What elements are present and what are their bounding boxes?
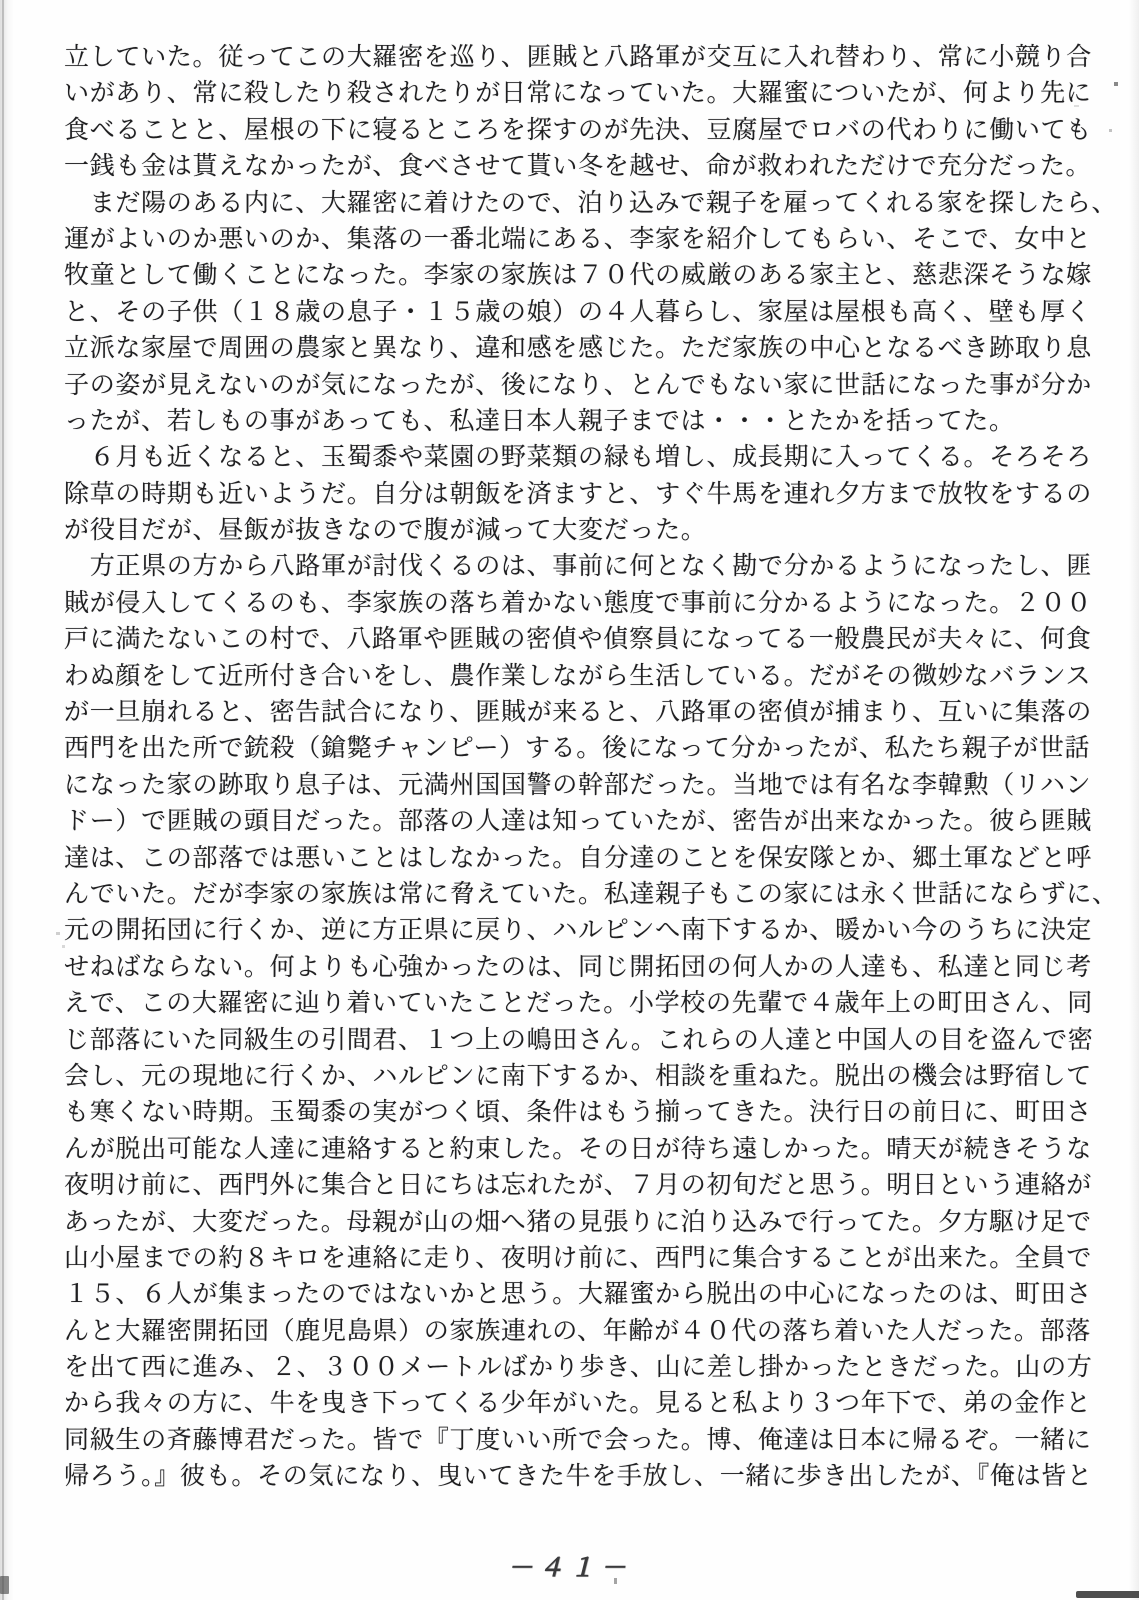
text-line: 賊が侵入してくるのも、李家族の落ち着かない態度で事前に分かるようになった。２００ [64,586,1094,622]
scanned-document-page: 立していた。従ってこの大羅密を巡り、匪賊と八路軍が交互に入れ替わり、常に小競り合… [0,0,1139,1600]
text-line: 運がよいのか悪いのか、集落の一番北端にある、李家を紹介してもらい、そこで、女中と [64,222,1094,258]
text-line: 達は、この部落では悪いことはしなかった。自分達のことを保安隊とか、郷土軍などと呼 [64,841,1094,877]
text-line: １５、６人が集まったのではないかと思う。大羅蜜から脱出の中心になったのは、町田さ [64,1277,1094,1313]
text-line: 山小屋までの約８キロを連絡に走り、夜明け前に、西門に集合することが出来た。全員で [64,1241,1094,1277]
text-line: ６月も近くなると、玉蜀黍や菜園の野菜類の緑も増し、成長期に入ってくる。そろそろ [64,440,1094,476]
body-text: 立していた。従ってこの大羅密を巡り、匪賊と八路軍が交互に入れ替わり、常に小競り合… [64,40,1094,1496]
text-line: ドー）で匪賊の頭目だった。部落の人達は知っていたが、密告が出来なかった。彼ら匪賊 [64,804,1094,840]
text-line: 元の開拓団に行くか、逆に方正県に戻り、ハルピンへ南下するか、暖かい今のうちに決定 [64,913,1094,949]
text-line: じ部落にいた同級生の引間君、１つ上の嶋田さん。これらの人達と中国人の目を盗んで密 [64,1023,1094,1059]
text-line: 立派な家屋で周囲の農家と異なり、違和感を感じた。ただ家族の中心となるべき跡取り息 [64,331,1094,367]
text-line: 戸に満たないこの村で、八路軍や匪賊の密偵や偵察員になってる一般農民が夫々に、何食 [64,622,1094,658]
text-line: と、その子供（１８歳の息子・１５歳の娘）の４人暮らし、家屋は屋根も高く、壁も厚く [64,295,1094,331]
scan-corner-mark [0,1576,9,1594]
scan-streak [1076,1591,1139,1598]
text-line: 立していた。従ってこの大羅密を巡り、匪賊と八路軍が交互に入れ替わり、常に小競り合 [64,40,1094,76]
text-line: 同級生の斉藤博君だった。皆で『丁度いい所で会った。博、俺達は日本に帰るぞ。一緒に [64,1423,1094,1459]
text-line: 夜明け前に、西門外に集合と日にちは忘れたが、７月の初旬だと思う。明日という連絡が [64,1168,1094,1204]
text-line: あったが、大変だった。母親が山の畑へ猪の見張りに泊り込みで行ってた。夕方駆け足で [64,1205,1094,1241]
scan-speck [1114,82,1118,86]
text-line: いがあり、常に殺したり殺されたりが日常になっていた。大羅蜜についたが、何より先に [64,76,1094,112]
text-line: 食べることと、屋根の下に寝るところを探すのが先決、豆腐屋でロバの代わりに働いても [64,113,1094,149]
text-line: ったが、若しもの事があっても、私達日本人親子までは・・・とたかを括ってた。 [64,404,1094,440]
text-line: が一旦崩れると、密告試合になり、匪賊が来ると、八路軍の密偵が捕まり、互いに集落の [64,695,1094,731]
page-number: －４１－ [0,1548,1139,1584]
scan-speck [56,932,60,935]
text-line: 牧童として働くことになった。李家の家族は７０代の威厳のある家主と、慈悲深そうな嫁 [64,258,1094,294]
scan-speck [614,1578,617,1584]
text-line: んでいた。だが李家の家族は常に脅えていた。私達親子もこの家には永く世話にならずに… [64,877,1094,913]
text-line: んが脱出可能な人達に連絡すると約束した。その日が待ち遠しかった。晴天が続きそうな [64,1132,1094,1168]
text-line: 会し、元の現地に行くか、ハルピンに南下するか、相談を重ねた。脱出の機会は野宿して [64,1059,1094,1095]
text-line: も寒くない時期。玉蜀黍の実がつく頃、条件はもう揃ってきた。決行日の前日に、町田さ [64,1095,1094,1131]
text-line: が役目だが、昼飯が抜きなので腹が減って大変だった。 [64,513,1094,549]
text-line: 方正県の方から八路軍が討伐くるのは、事前に何となく勘で分かるようになったし、匪 [64,549,1094,585]
scan-speck [1109,129,1112,132]
text-line: になった家の跡取り息子は、元満州国国警の幹部だった。当地では有名な李韓勲（リハン [64,768,1094,804]
text-line: 帰ろう。』彼も。その気になり、曳いてきた牛を手放し、一緒に歩き出したが、『俺は皆… [64,1459,1094,1495]
text-line: 除草の時期も近いようだ。自分は朝飯を済ますと、すぐ牛馬を連れ夕方まで放牧をするの [64,477,1094,513]
scan-gutter-line [2,0,4,1600]
text-line: んと大羅密開拓団（鹿児島県）の家族連れの、年齢が４０代の落ち着いた人だった。部落 [64,1314,1094,1350]
scan-right-edge-band [1129,0,1139,1600]
scan-speck [62,945,65,948]
text-line: を出て西に進み、２、３００メートルばかり歩き、山に差し掛かったときだった。山の方 [64,1350,1094,1386]
text-line: 一銭も金は貰えなかったが、食べさせて貰い冬を越せ、命が救われただけで充分だった。 [64,149,1094,185]
scan-speck [1074,105,1079,107]
text-line: から我々の方に、牛を曳き下ってくる少年がいた。見ると私より３つ年下で、弟の金作と [64,1386,1094,1422]
text-line: せねばならない。何よりも心強かったのは、同じ開拓団の何人かの人達も、私達と同じ考 [64,950,1094,986]
text-line: 西門を出た所で銃殺（鎗斃チャンピー）する。後になって分かったが、私たち親子が世話 [64,731,1094,767]
text-line: えで、この大羅密に辿り着いていたことだった。小学校の先輩で４歳年上の町田さん、同 [64,986,1094,1022]
text-line: まだ陽のある内に、大羅密に着けたので、泊り込みで親子を雇ってくれる家を探したら、 [64,186,1094,222]
text-line: わぬ顔をして近所付き合いをし、農作業しながら生活している。だがその微妙なバランス [64,659,1094,695]
text-line: 子の姿が見えないのが気になったが、後になり、とんでもない家に世話になった事が分か [64,368,1094,404]
